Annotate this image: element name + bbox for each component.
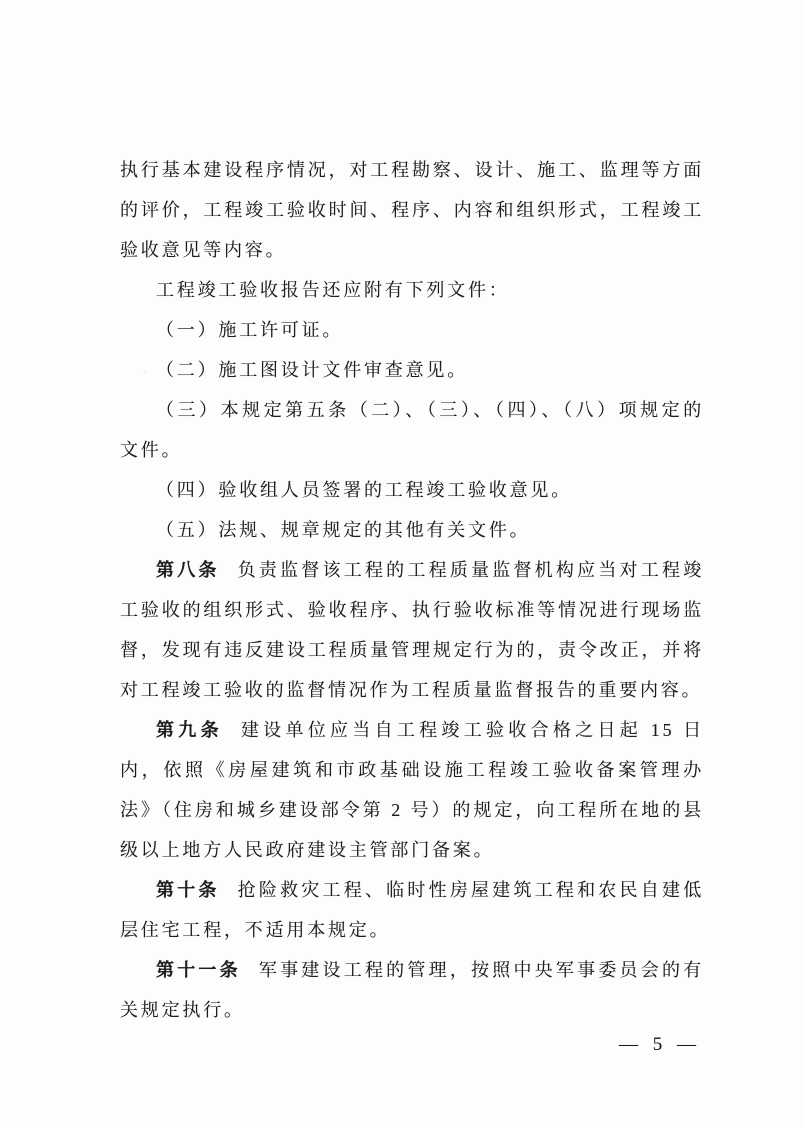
paragraph-text: （五）法规、规章规定的其他有关文件。 [156, 520, 530, 540]
article-9-number: 第九条 [156, 720, 223, 740]
page-number: — 5 — [570, 1030, 750, 1060]
document-body: 执行基本建设程序情况，对工程勘察、设计、施工、监理等方面的评价，工程竣工验收时间… [120, 150, 704, 1030]
article-10-paragraph: 第十条抢险救灾工程、临时性房屋建筑工程和农民自建低层住宅工程，不适用本规定。 [120, 870, 704, 950]
article-11-number: 第十一条 [156, 960, 241, 980]
article-11-paragraph: 第十一条军事建设工程的管理，按照中央军事委员会的有关规定执行。 [120, 950, 704, 1030]
paragraph-text: （四）验收组人员签署的工程竣工验收意见。 [156, 480, 572, 500]
paragraph-text: 建设单位应当自工程竣工验收合格之日起 15 日内，依照《房屋建筑和市政基础设施工… [120, 720, 704, 860]
paragraph-text: 工程竣工验收报告还应附有下列文件： [156, 280, 510, 300]
paragraph-text: （一）施工许可证。 [156, 320, 343, 340]
list-item-1: （一）施工许可证。 [120, 310, 704, 350]
article-8-paragraph: 第八条负责监督该工程的工程质量监督机构应当对工程竣工验收的组织形式、验收程序、执… [120, 550, 704, 710]
article-9-paragraph: 第九条建设单位应当自工程竣工验收合格之日起 15 日内，依照《房屋建筑和市政基础… [120, 710, 704, 870]
article-10-number: 第十条 [156, 880, 220, 900]
paragraph-text: 负责监督该工程的工程质量监督机构应当对工程竣工验收的组织形式、验收程序、执行验收… [120, 560, 704, 700]
paragraph-text: （二）施工图设计文件审查意见。 [156, 360, 468, 380]
paragraph-attachments-intro: 工程竣工验收报告还应附有下列文件： [120, 270, 704, 310]
paragraph-text: （三）本规定第五条（二）、（三）、（四）、（八）项规定的文件。 [120, 400, 704, 460]
list-item-2: （二）施工图设计文件审查意见。 [120, 350, 704, 390]
list-item-5: （五）法规、规章规定的其他有关文件。 [120, 510, 704, 550]
scanned-document-page: 执行基本建设程序情况，对工程勘察、设计、施工、监理等方面的评价，工程竣工验收时间… [0, 0, 803, 1128]
list-item-3: （三）本规定第五条（二）、（三）、（四）、（八）项规定的文件。 [120, 390, 704, 470]
list-item-4: （四）验收组人员签署的工程竣工验收意见。 [120, 470, 704, 510]
article-8-number: 第八条 [156, 560, 220, 580]
paragraph-text: 执行基本建设程序情况，对工程勘察、设计、施工、监理等方面的评价，工程竣工验收时间… [120, 160, 704, 260]
paragraph-continuation: 执行基本建设程序情况，对工程勘察、设计、施工、监理等方面的评价，工程竣工验收时间… [120, 150, 704, 270]
